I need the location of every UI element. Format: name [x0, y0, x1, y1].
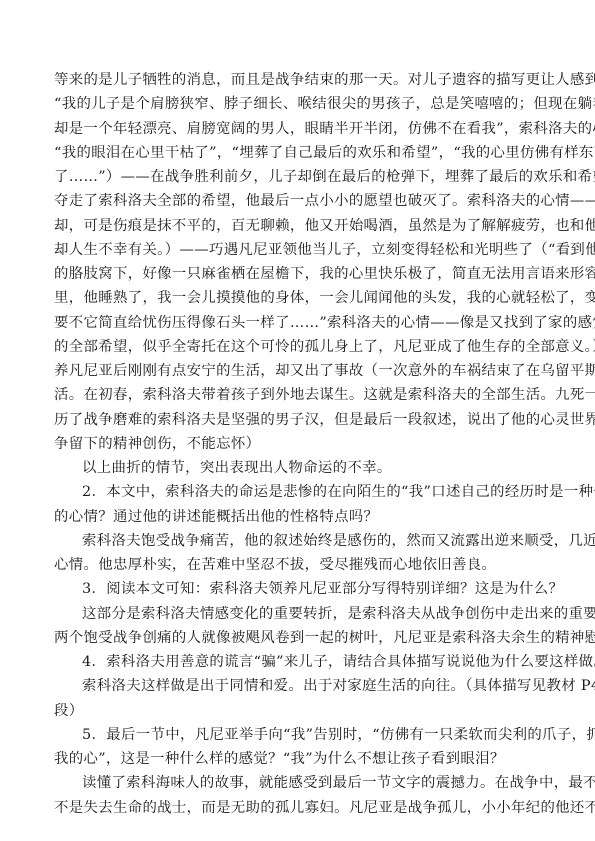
- text-line: 的全部希望，似乎全寄托在这个可怜的孤儿身上了，凡尼亚成了他生存的全部意义。）——…: [54, 335, 544, 359]
- text-line: 要不它简直给忧伤压得像石头一样了……”索科洛夫的心情——像是又找到了家的感觉。他: [54, 311, 544, 335]
- question-3: 3．阅读本文可知：索科洛夫领养凡尼亚部分写得特别详细？这是为什么？: [54, 577, 544, 601]
- text-line: 活。在初春，索科洛夫带着孩子到外地去谋生。这就是索科洛夫的全部生活。九死一生，经: [54, 383, 544, 407]
- text-line: 夺走了索科洛夫全部的希望，他最后一点小小的愿望也破灭了。索科洛夫的心情——他想忘: [54, 189, 544, 213]
- answer-5: 读懂了索科海味人的故事，就能感受到最后一节文字的震撼力。在战争中，最不幸的还: [54, 771, 544, 795]
- question-5-cont: 我的心”，这是一种什么样的感觉？“我”为什么不想让孩子看到眼泪？: [54, 747, 544, 771]
- answer-4-cont: 段）: [54, 699, 544, 723]
- text-line: 等来的是儿子牺牲的消息，而且是战争结束的那一天。对儿子遗容的描写更让人感到悲伤。: [54, 68, 544, 92]
- text-line: 却是一个年轻漂亮、肩膀宽阔的男人，眼睛半开半闭，仿佛不在看我”，索科洛夫的心情—…: [54, 117, 544, 141]
- document-page: 等来的是儿子牺牲的消息，而且是战争结束的那一天。对儿子遗容的描写更让人感到悲伤。…: [54, 68, 544, 820]
- text-line: “我的眼泪在心里干枯了”，“埋葬了自己最后的欢乐和希望”，“我的心里仿佛有样东西…: [54, 141, 544, 165]
- text-line: 养凡尼亚后刚刚有点安宁的生活，却又出了事故（一次意外的车祸结束了在乌留平斯克的生: [54, 359, 544, 383]
- summary-line: 以上曲折的情节，突出表现出人物命运的不幸。: [54, 456, 544, 480]
- question-2: 2．本文中，索科洛夫的命运是悲惨的在向陌生的“我”口述自己的经历时是一种什么样: [54, 480, 544, 504]
- text-line: 却，可是伤痕是抹不平的，百无聊赖，他又开始喝酒，虽然是为了解解疲劳，也和他试图忘: [54, 214, 544, 238]
- question-5: 5．最后一节中，凡尼亚举手向“我”告别时，“仿佛有一只柔软而尖利的爪子，抓住了: [54, 723, 544, 747]
- text-line: 却人生不幸有关。）——巧遇凡尼亚领他当儿子，立刻变得轻松和光明些了（“看到他睡在…: [54, 238, 544, 262]
- question-2-cont: 的心情？通过他的讲述能概括出他的性格特点吗？: [54, 505, 544, 529]
- text-line: 历了战争磨难的索科洛夫是坚强的男子汉，但是最后一段叙述，说出了他的心灵世界——战: [54, 408, 544, 432]
- text-line: 的胳肢窝下，好像一只麻雀栖在屋檐下，我的心里快乐极了，简直无法用言语来形容！”“…: [54, 262, 544, 286]
- answer-2-cont: 心情。他忠厚朴实，在苦难中坚忍不拔，受尽摧残而心地依旧善良。: [54, 553, 544, 577]
- text-line: 了……”）——在战争胜利前夕，儿子却倒在最后的枪弹下，埋葬了最后的欢乐和希望（战…: [54, 165, 544, 189]
- answer-3-cont: 两个饱受战争创痛的人就像被飓风卷到一起的树叶，凡尼亚是索科洛夫余生的精神慰藉。: [54, 626, 544, 650]
- text-line: 争留下的精神创伤，不能忘怀）: [54, 432, 544, 456]
- answer-5-cont: 不是失去生命的战士，而是无助的孤儿寡妇。凡尼亚是战争孤儿，小小年纪的他还不明白命: [54, 796, 544, 820]
- text-line: 里，他睡熟了，我一会儿摸摸他的身体，一会儿闻闻他的头发，我的心就轻松了，变软了，: [54, 286, 544, 310]
- answer-2: 索科洛夫饱受战争痛苦，他的叙述始终是感伤的，然而又流露出逆来顺受，几近麻木的: [54, 529, 544, 553]
- question-4: 4．索科洛夫用善意的谎言“骗”来儿子，请结合具体描写说说他为什么要这样做。: [54, 650, 544, 674]
- text-line: “我的儿子是个肩膀狭窄、脖子细长、喉结很尖的男孩子，总是笑嘻嘻的；但现在躺着的，: [54, 92, 544, 116]
- answer-3: 这部分是索科洛夫情感变化的重要转折，是索科洛夫从战争创伤中走出来的重要契机。: [54, 602, 544, 626]
- answer-4: 索科洛夫这样做是出于同情和爱。出于对家庭生活的向往。（具体描写见教材 P45 下…: [54, 674, 544, 698]
